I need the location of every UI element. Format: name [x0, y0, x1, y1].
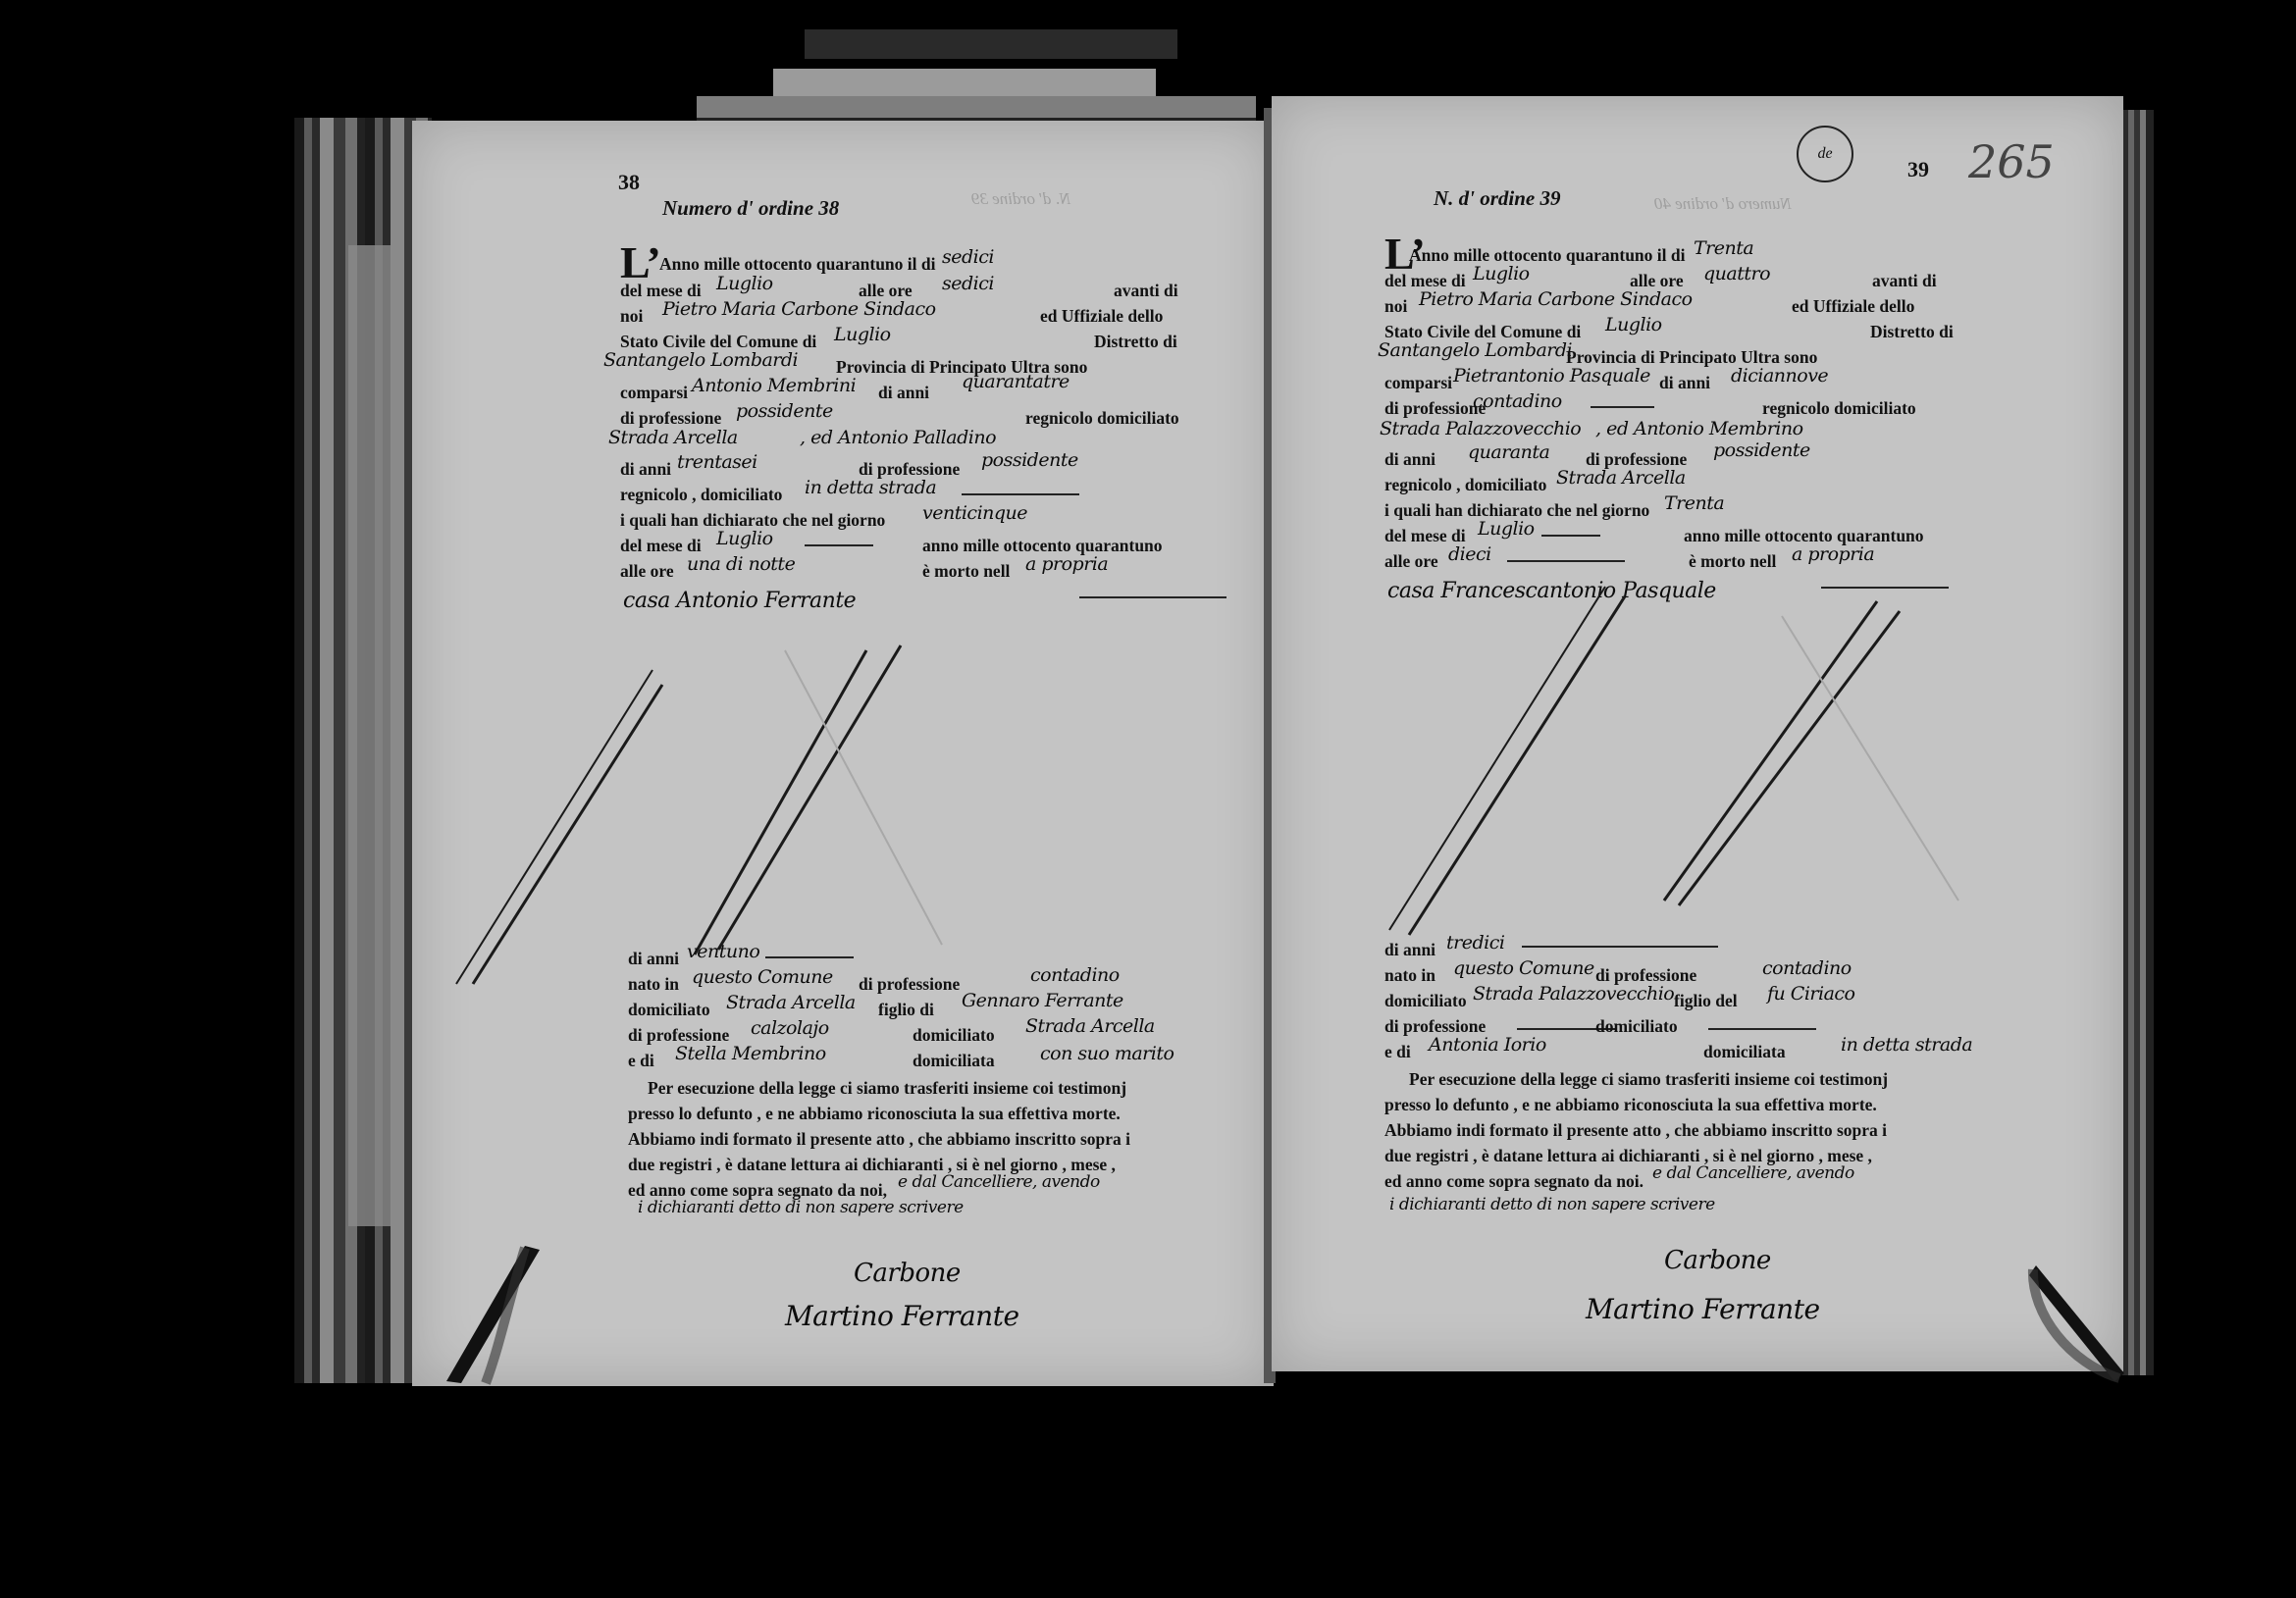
handwritten-deceased-age: tredici	[1446, 932, 1504, 954]
printed-line: domiciliato	[1595, 1016, 1678, 1037]
handwritten-mother: Stella Membrino	[675, 1043, 826, 1064]
printed-line: domiciliato	[628, 1000, 710, 1020]
handwritten-address: Strada Palazzovecchio	[1473, 983, 1674, 1005]
handwritten-father: Gennaro Ferrante	[962, 990, 1123, 1011]
handwritten-profession: contadino	[1030, 964, 1120, 986]
handwritten-closing: i dichiaranti detto di non sapere scrive…	[638, 1198, 964, 1217]
handwritten-father-address: Strada Arcella	[1025, 1015, 1155, 1037]
printed-line: figlio di	[878, 1000, 934, 1020]
closing-text: presso lo defunto , e ne abbiamo riconos…	[628, 1104, 1121, 1124]
handwritten-deceased-age: ventuno	[687, 941, 759, 962]
closing-text: Abbiamo indi formato il presente atto , …	[1384, 1120, 1887, 1141]
fill-rule	[765, 956, 854, 958]
printed-line: di professione	[859, 974, 960, 995]
printed-line: nato in	[1384, 965, 1435, 986]
page-clip-left	[432, 1236, 549, 1393]
fill-rule	[1708, 1028, 1816, 1030]
handwritten-birthplace: questo Comune	[1453, 957, 1594, 979]
right-page: de 39 265 N. d' ordine 39 Numero d' ordi…	[1272, 96, 2123, 1371]
page-clip-right	[2021, 1256, 2139, 1393]
top-page-edge-lower	[697, 96, 1256, 121]
handwritten-address: Strada Arcella	[726, 992, 856, 1013]
left-page-edges	[348, 245, 392, 1226]
signature-mayor: Carbone	[1664, 1246, 1771, 1275]
handwritten-mother-address: in detta strada	[1841, 1034, 1972, 1056]
handwritten-closing: i dichiaranti detto di non sapere scrive…	[1389, 1195, 1715, 1214]
handwritten-birthplace: questo Comune	[692, 966, 833, 988]
handwritten-closing: e dal Cancelliere, avendo	[898, 1172, 1100, 1192]
printed-line: di anni	[1384, 940, 1435, 960]
left-page: 38 Numero d' ordine 38 N. d' ordine 39 L…	[412, 121, 1274, 1386]
closing-text: Per esecuzione della legge ci siamo tras…	[648, 1078, 1126, 1099]
top-paper-scrap	[805, 29, 1177, 59]
closing-text: ed anno come sopra segnato da noi.	[1384, 1171, 1644, 1192]
printed-line: e di	[1384, 1042, 1411, 1062]
printed-line: figlio del	[1674, 991, 1738, 1011]
signature-chancellor: Martino Ferrante	[1586, 1293, 1820, 1325]
printed-line: domiciliata	[1703, 1042, 1786, 1062]
handwritten-father: fu Ciriaco	[1767, 983, 1855, 1005]
handwritten-mother: Antonia Iorio	[1429, 1034, 1546, 1056]
closing-text: Per esecuzione della legge ci siamo tras…	[1409, 1069, 1888, 1090]
closing-text: Abbiamo indi formato il presente atto , …	[628, 1129, 1130, 1150]
printed-line: domiciliato	[913, 1025, 995, 1046]
signature-mayor: Carbone	[854, 1259, 961, 1288]
printed-line: e di	[628, 1051, 654, 1071]
printed-line: domiciliato	[1384, 991, 1467, 1011]
handwritten-father-profession: calzolajo	[751, 1017, 829, 1039]
handwritten-closing: e dal Cancelliere, avendo	[1652, 1163, 1854, 1183]
fill-rule	[1522, 946, 1718, 948]
handwritten-profession: contadino	[1762, 957, 1852, 979]
signature-chancellor: Martino Ferrante	[785, 1300, 1019, 1332]
top-page-edge	[773, 69, 1156, 98]
right-page-stack	[2122, 110, 2154, 1375]
handwritten-mother-address: con suo marito	[1040, 1043, 1174, 1064]
closing-text: presso lo defunto , e ne abbiamo riconos…	[1384, 1095, 1877, 1115]
printed-line: domiciliata	[913, 1051, 995, 1071]
printed-line: di anni	[628, 949, 679, 969]
printed-line: nato in	[628, 974, 679, 995]
